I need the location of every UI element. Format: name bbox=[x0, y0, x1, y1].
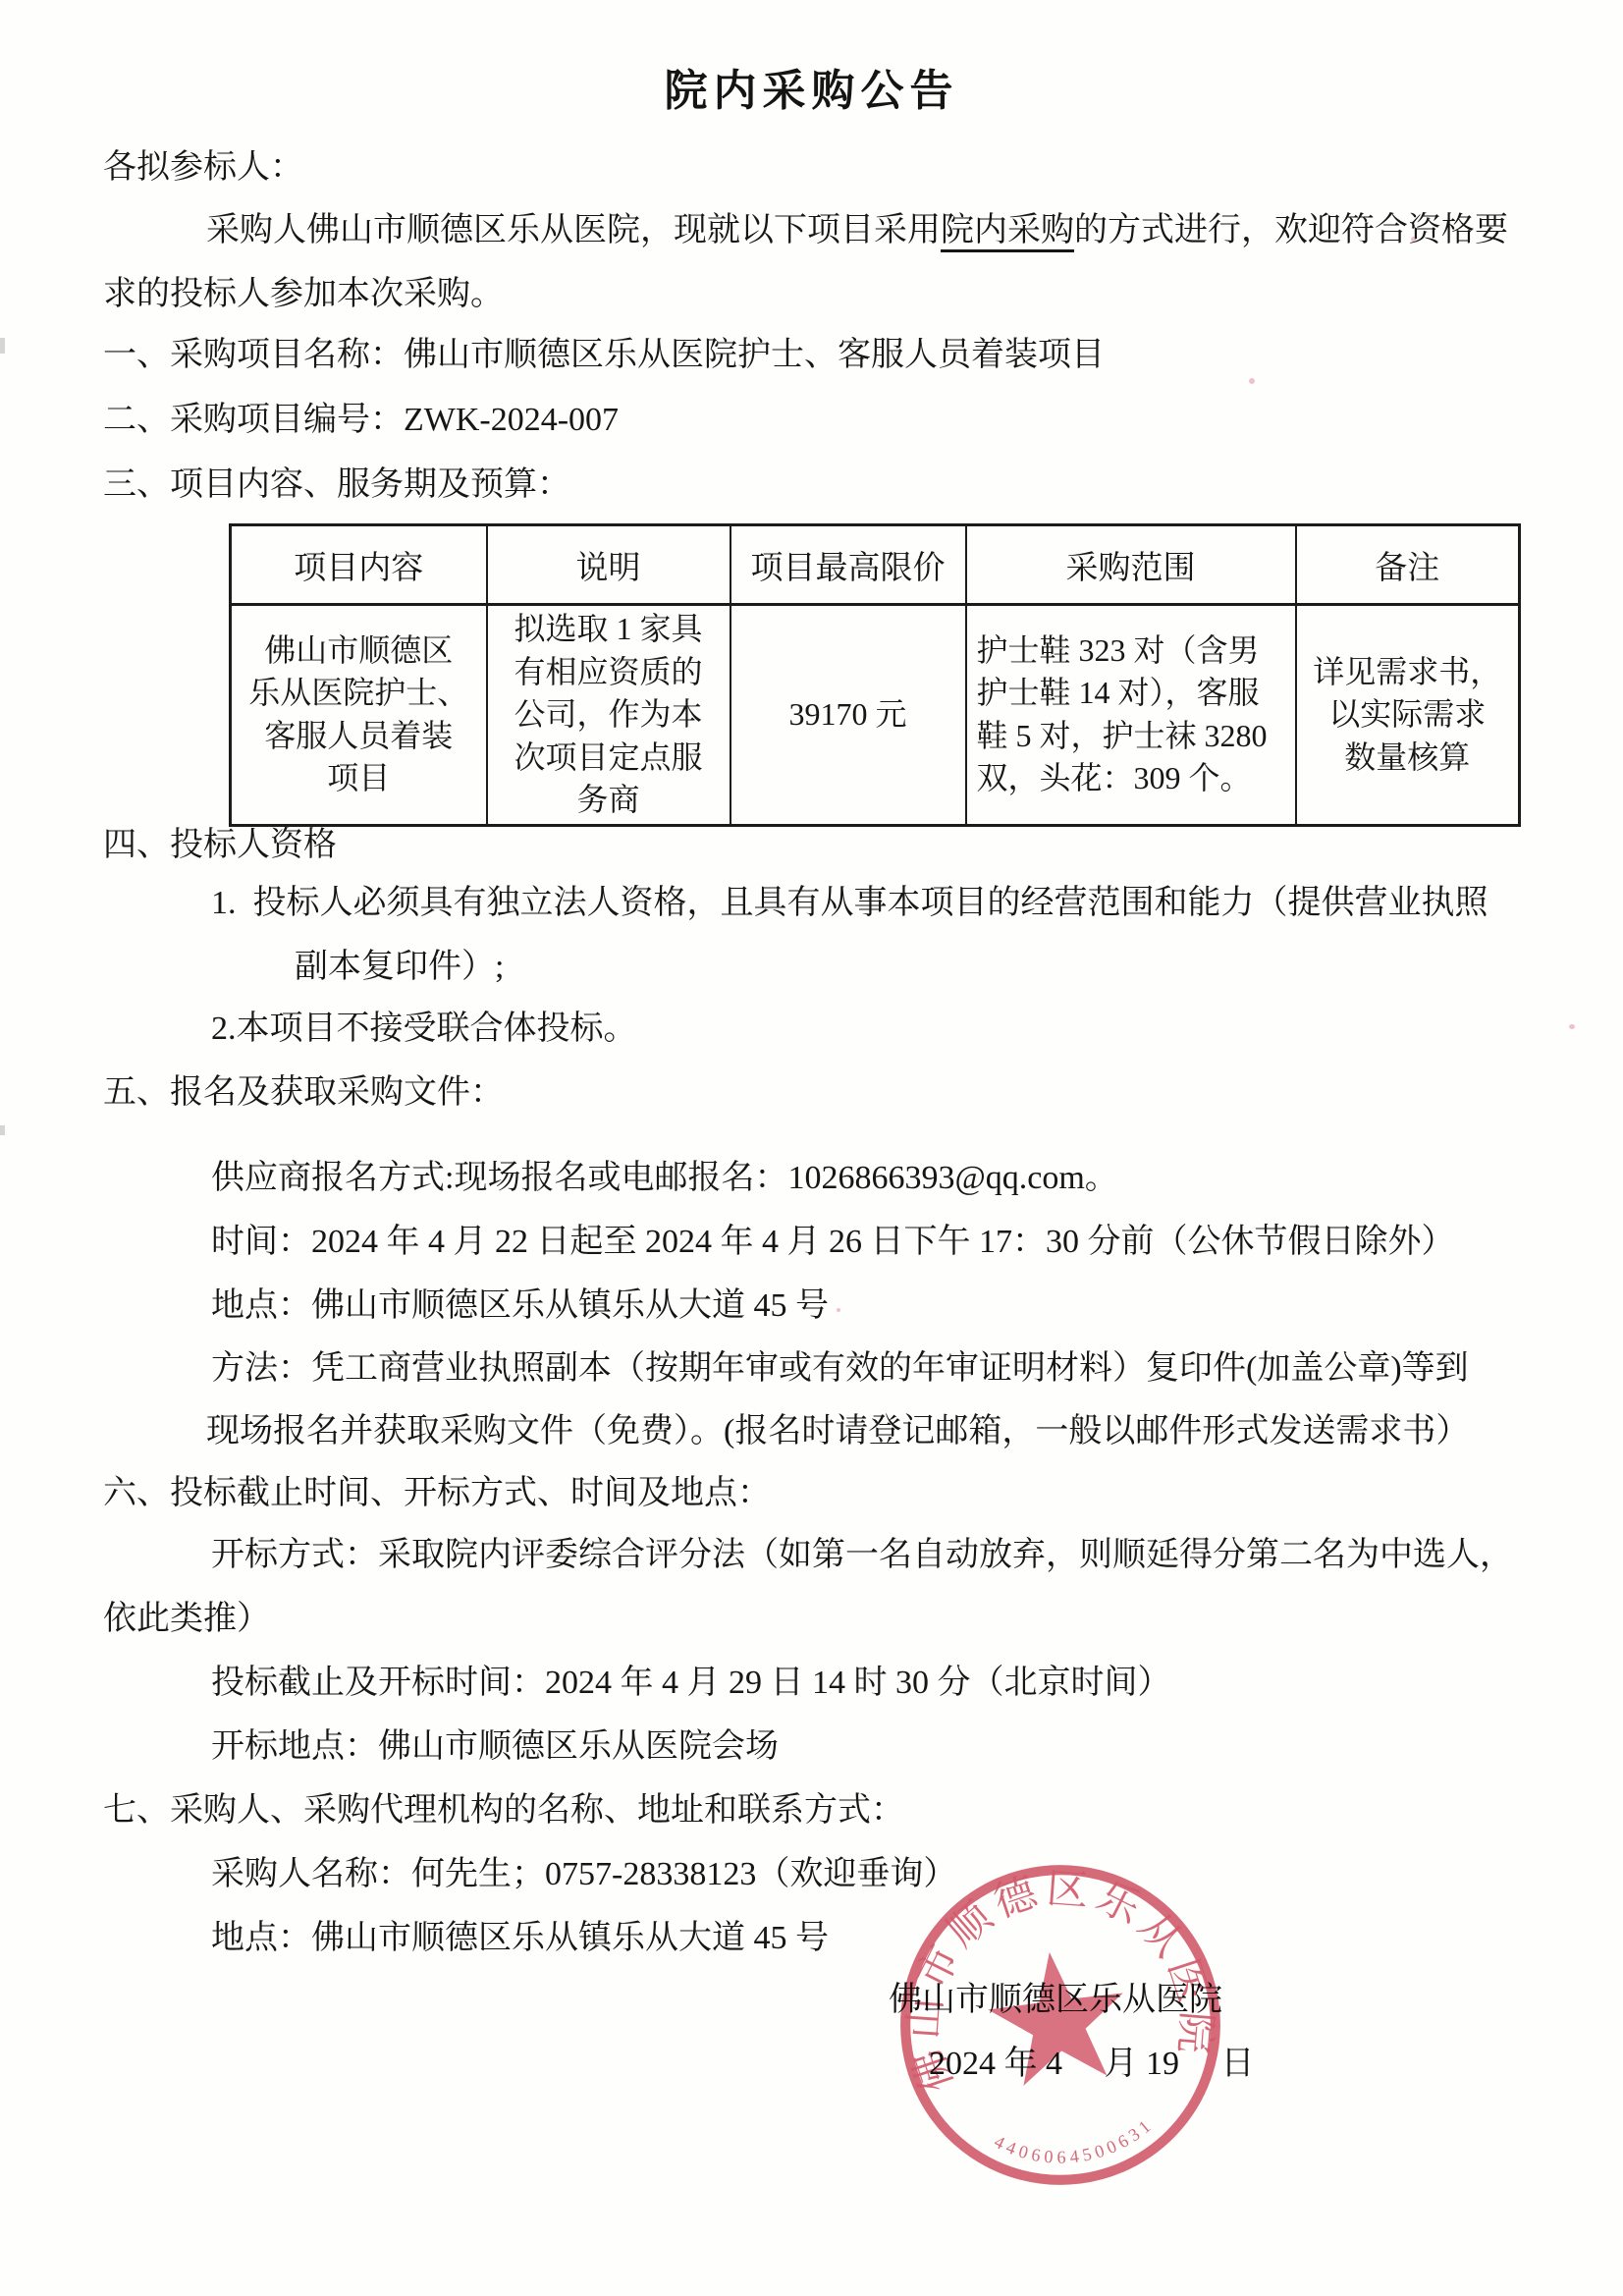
page-title: 院内采购公告 bbox=[0, 55, 1623, 118]
registration-how-line-1: 方法：凭工商营业执照副本（按期年审或有效的年审证明材料）复印件(加盖公章)等到 bbox=[211, 1348, 1469, 1391]
table-cell-line: 乐从医院护士、 bbox=[238, 672, 480, 715]
bid-open-method-line-1: 开标方式：采取院内评委综合评分法（如第一名自动放弃，则顺延得分第二名为中选人， bbox=[211, 1535, 1513, 1577]
table-header-content: 项目内容 bbox=[231, 525, 487, 605]
table-cell-line: 双，头花：309 个。 bbox=[977, 757, 1289, 800]
table-header-max-price: 项目最高限价 bbox=[730, 525, 966, 605]
qualification-item-1-line-1: 1. 投标人必须具有独立法人资格，且具有从事本项目的经营范围和能力（提供营业执照 bbox=[211, 883, 1488, 925]
scan-speck bbox=[1249, 378, 1255, 384]
table-cell-line: 详见需求书， bbox=[1303, 651, 1513, 694]
registration-how-line-2: 现场报名并获取采购文件（免费）。(报名时请登记邮箱，一般以邮件形式发送需求书） bbox=[206, 1411, 1469, 1453]
section-1-heading: 一、采购项目名称：佛山市顺德区乐从医院护士、客服人员着装项目 bbox=[103, 335, 1105, 377]
table-cell-line: 以实际需求 bbox=[1303, 693, 1513, 737]
project-table: 项目内容 说明 项目最高限价 采购范围 备注 佛山市顺德区 乐从医院护士、 客服… bbox=[229, 523, 1521, 827]
table-cell-remark: 详见需求书， 以实际需求 数量核算 bbox=[1296, 605, 1520, 826]
section-5-heading: 五、报名及获取采购文件： bbox=[103, 1072, 504, 1115]
scan-edge-mark bbox=[0, 1125, 5, 1135]
table-cell-line: 护士鞋 14 对），客服 bbox=[977, 672, 1289, 715]
scanned-document-page: 院内采购公告 各拟参标人： 采购人佛山市顺德区乐从医院，现就以下项目采用院内采购… bbox=[0, 0, 1623, 2296]
table-cell-line: 客服人员着装 bbox=[238, 715, 480, 758]
section-3-heading: 三、项目内容、服务期及预算： bbox=[103, 465, 570, 507]
registration-place-line: 地点：佛山市顺德区乐从镇乐从大道 45 号 bbox=[211, 1285, 829, 1328]
scan-speck bbox=[1411, 237, 1416, 242]
table-cell-line: 数量核算 bbox=[1303, 737, 1513, 780]
intro-line-1-pre: 采购人佛山市顺德区乐从医院，现就以下项目采用 bbox=[206, 212, 941, 248]
qualification-item-1-line-2: 副本复印件）; bbox=[295, 947, 504, 989]
seal-number-text: 4406064500631 bbox=[989, 2112, 1161, 2176]
intro-line-2: 求的投标人参加本次采购。 bbox=[103, 274, 504, 316]
table-header-description: 说明 bbox=[487, 525, 730, 605]
table-cell-line: 有相应资质的 bbox=[494, 651, 724, 694]
table-header-remark: 备注 bbox=[1296, 525, 1520, 605]
section-4-heading: 四、投标人资格 bbox=[103, 825, 337, 867]
table-cell-description: 拟选取 1 家具 有相应资质的 公司，作为本 次项目定点服 务商 bbox=[487, 605, 730, 826]
section-2-heading: 二、采购项目编号：ZWK-2024-007 bbox=[103, 400, 619, 442]
bid-deadline-line: 投标截止及开标时间：2024 年 4 月 29 日 14 时 30 分（北京时间… bbox=[211, 1663, 1171, 1705]
official-seal-stamp: 佛山市顺德区乐从医院 4406064500631 bbox=[892, 1856, 1229, 2194]
scan-speck bbox=[837, 1308, 840, 1312]
table-header-scope: 采购范围 bbox=[966, 525, 1296, 605]
bid-open-place-line: 开标地点：佛山市顺德区乐从医院会场 bbox=[211, 1726, 779, 1769]
table-cell-line: 次项目定点服 bbox=[494, 737, 724, 780]
registration-time-line: 时间：2024 年 4 月 22 日起至 2024 年 4 月 26 日下午 1… bbox=[211, 1222, 1455, 1264]
table-cell-max-price: 39170 元 bbox=[730, 605, 966, 826]
contact-name-line: 采购人名称：何先生；0757-28338123（欢迎垂询） bbox=[211, 1854, 956, 1896]
table-cell-line: 佛山市顺德区 bbox=[238, 629, 480, 673]
section-6-heading: 六、投标截止时间、开标方式、时间及地点： bbox=[103, 1473, 771, 1515]
scan-edge-mark bbox=[0, 338, 5, 354]
table-cell-line: 务商 bbox=[494, 779, 724, 822]
table-cell-line: 鞋 5 对，护士袜 3280 bbox=[977, 715, 1289, 758]
intro-underlined-term: 院内采购 bbox=[941, 212, 1074, 252]
table-header-row: 项目内容 说明 项目最高限价 采购范围 备注 bbox=[231, 525, 1520, 605]
section-7-heading: 七、采购人、采购代理机构的名称、地址和联系方式： bbox=[103, 1790, 904, 1832]
table-cell-scope: 护士鞋 323 对（含男 护士鞋 14 对），客服 鞋 5 对，护士袜 3280… bbox=[966, 605, 1296, 826]
bid-open-method-line-2: 依此类推） bbox=[103, 1599, 270, 1641]
table-cell-line: 拟选取 1 家具 bbox=[494, 608, 724, 651]
seal-star-icon bbox=[982, 1943, 1133, 2089]
scan-speck bbox=[1569, 1024, 1575, 1029]
registration-method-line: 供应商报名方式:现场报名或电邮报名：1026866393@qq.com。 bbox=[211, 1158, 1118, 1200]
table-cell-line: 项目 bbox=[238, 757, 480, 800]
table-cell-line: 护士鞋 323 对（含男 bbox=[977, 629, 1289, 673]
intro-line-1: 采购人佛山市顺德区乐从医院，现就以下项目采用院内采购的方式进行，欢迎符合资格要 bbox=[206, 210, 1508, 252]
seal-graphic: 佛山市顺德区乐从医院 4406064500631 bbox=[892, 1856, 1229, 2194]
qualification-item-2: 2.本项目不接受联合体投标。 bbox=[211, 1009, 637, 1051]
intro-line-1-post: 的方式进行，欢迎符合资格要 bbox=[1074, 212, 1508, 248]
salutation: 各拟参标人： bbox=[103, 147, 303, 190]
table-cell-content: 佛山市顺德区 乐从医院护士、 客服人员着装 项目 bbox=[231, 605, 487, 826]
table-cell-line: 公司，作为本 bbox=[494, 693, 724, 737]
table-row: 佛山市顺德区 乐从医院护士、 客服人员着装 项目 拟选取 1 家具 有相应资质的… bbox=[231, 605, 1520, 826]
contact-address-line: 地点：佛山市顺德区乐从镇乐从大道 45 号 bbox=[211, 1918, 829, 1960]
